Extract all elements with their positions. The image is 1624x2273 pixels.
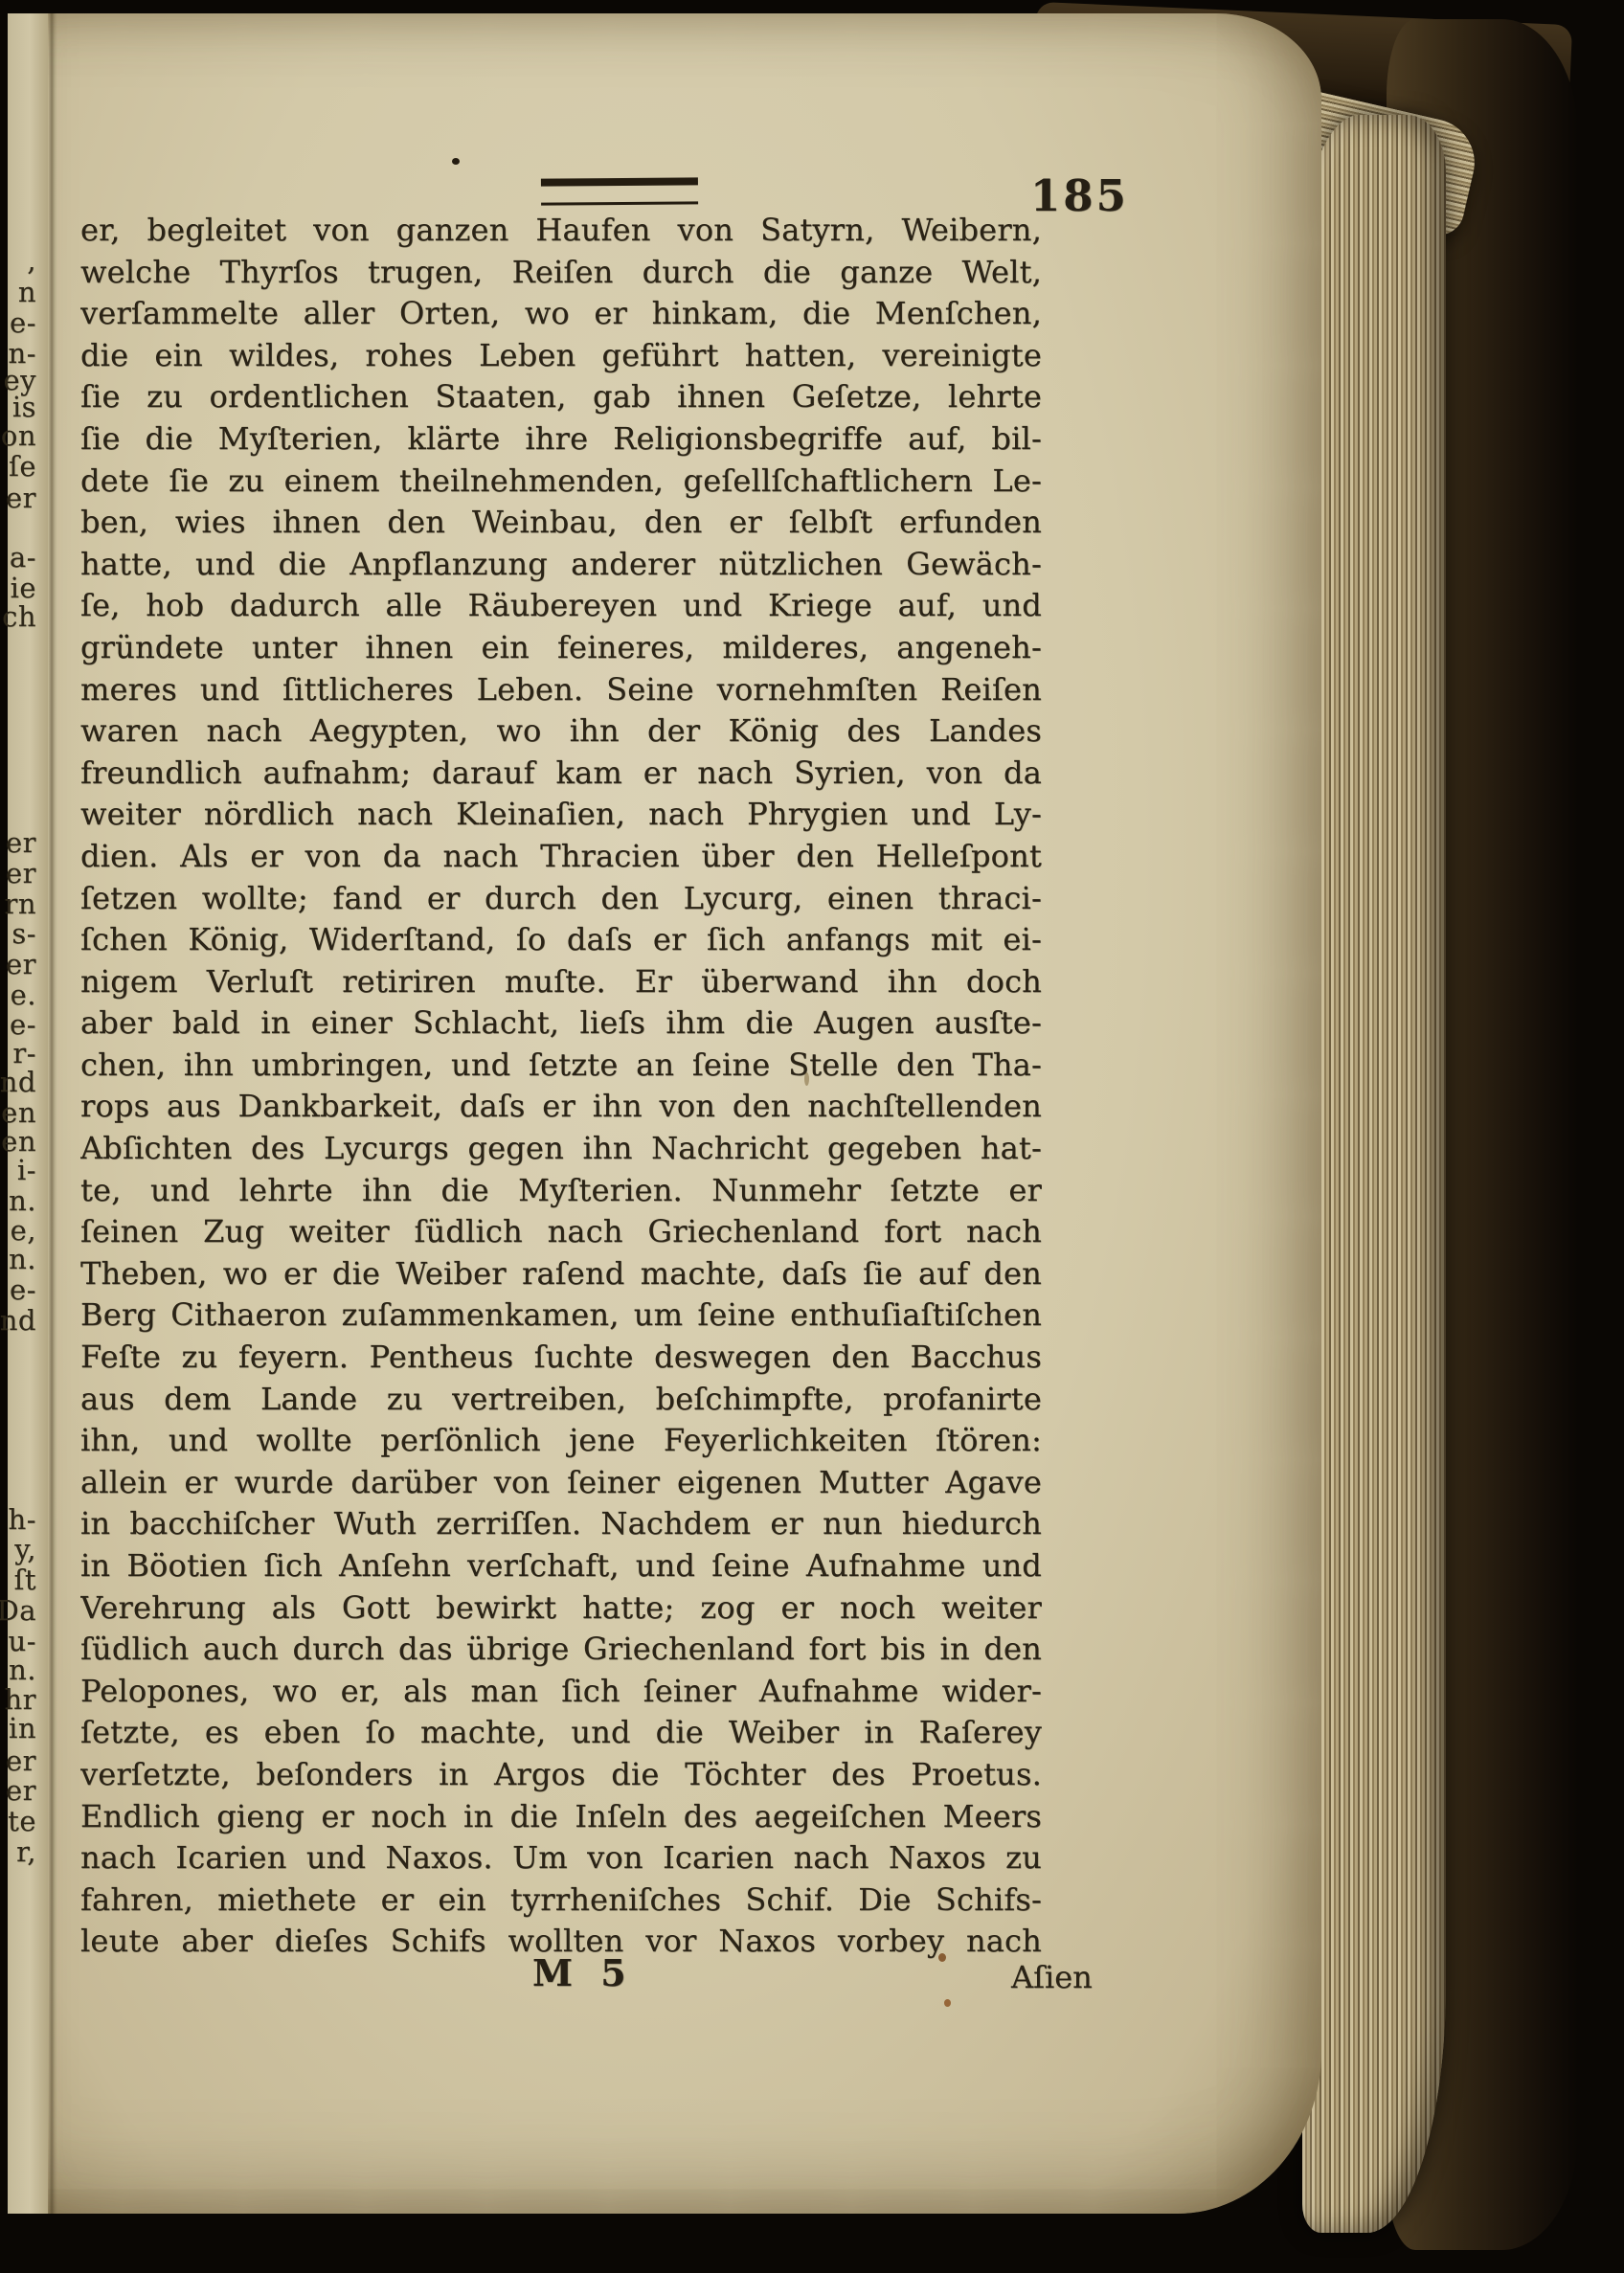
facing-page-text-fragment: a- xyxy=(10,541,36,574)
facing-page-text-fragment: hr xyxy=(4,1683,36,1716)
facing-page-text-fragment: n xyxy=(18,276,36,308)
text-line: ſetzte, es eben ſo machte, und die Weibe… xyxy=(80,1712,1042,1754)
facing-page-text-fragment: h- xyxy=(9,1503,36,1536)
text-line: rops aus Dankbarkeit, daſs er ihn von de… xyxy=(80,1086,1042,1128)
text-line: nach Icarien und Naxos. Um von Icarien n… xyxy=(80,1837,1042,1879)
facing-page-text-fragment: e, xyxy=(11,1214,36,1247)
text-line: Pelopones, wo er, als man ſich ſeiner Au… xyxy=(80,1671,1042,1713)
text-line: welche Thyrſos trugen, Reiſen durch die … xyxy=(80,252,1042,294)
facing-page-text-fragment: nd xyxy=(0,1066,36,1098)
facing-page-text-fragment: te xyxy=(8,1805,36,1837)
facing-page-text-fragment: i- xyxy=(17,1154,36,1186)
signature-mark: M 5 xyxy=(532,1951,634,1994)
text-line: dete ſie zu einem theilnehmenden, geſell… xyxy=(80,461,1042,503)
facing-page-text-fragments: ,ne-n-eyisonſeera-iechererrns-ere.e-r-nd… xyxy=(0,0,42,2273)
text-line: Abſichten des Lycurgs gegen ihn Nachrich… xyxy=(80,1128,1042,1170)
facing-page-text-fragment: rn xyxy=(4,888,36,920)
text-line: Endlich gieng er noch in die Inſeln des … xyxy=(80,1796,1042,1838)
text-line: gründete unter ihnen ein feineres, milde… xyxy=(80,627,1042,669)
facing-page-text-fragment: ſe xyxy=(9,450,36,483)
facing-page-text-fragment: er xyxy=(6,948,36,980)
text-line: te, und lehrte ihn die Myſterien. Nunmeh… xyxy=(80,1170,1042,1212)
facing-page-text-fragment: r, xyxy=(16,1835,36,1868)
facing-page-text-fragment: er xyxy=(6,826,36,859)
facing-page-text-fragment: n. xyxy=(9,1654,36,1686)
facing-page-text-fragment: er xyxy=(6,1774,36,1807)
facing-page-text-fragment: e- xyxy=(10,306,36,339)
text-line: ſetzen wollte; fand er durch den Lycurg,… xyxy=(80,878,1042,920)
facing-page-text-fragment: er xyxy=(6,482,36,514)
text-line: aus dem Lande zu vertreiben, beſchimpfte… xyxy=(80,1379,1042,1421)
text-line: Feſte zu feyern. Pentheus ſuchte deswege… xyxy=(80,1337,1042,1379)
facing-page-text-fragment: n. xyxy=(9,1184,36,1217)
page-stack-fore-edge xyxy=(1302,115,1446,2233)
facing-page-text-fragment: ie xyxy=(11,572,36,604)
text-line: ſe, hob dadurch alle Räubereyen und Krie… xyxy=(80,585,1042,627)
facing-page-text-fragment: e- xyxy=(10,1273,36,1306)
facing-page-text-fragment: is xyxy=(12,391,36,423)
header-double-rule xyxy=(541,177,698,205)
text-line: ſie die Myſterien, klärte ihre Religions… xyxy=(80,418,1042,461)
facing-page-text-fragment: er xyxy=(6,1744,36,1777)
rust-stain xyxy=(944,1999,951,2007)
facing-page-text-fragment: en xyxy=(1,1125,36,1158)
ink-speck xyxy=(452,158,460,165)
facing-page-text-fragment: e. xyxy=(11,979,36,1011)
facing-page-text-fragment: on xyxy=(1,419,36,452)
text-line: weiter nördlich nach Kleinaſien, nach Ph… xyxy=(80,794,1042,836)
text-line: nigem Verluſt retiriren muſte. Er überwa… xyxy=(80,961,1042,1003)
text-line: waren nach Aegypten, wo ihn der König de… xyxy=(80,710,1042,753)
facing-page-text-fragment: in xyxy=(9,1712,36,1744)
text-line: dien. Als er von da nach Thracien über d… xyxy=(80,836,1042,878)
facing-page-text-fragment: , xyxy=(27,244,36,277)
text-line: chen, ihn umbringen, und ſetzte an ſeine… xyxy=(80,1045,1042,1087)
text-line: ſüdlich auch durch das übrige Griechenla… xyxy=(80,1629,1042,1671)
facing-page-text-fragment: y, xyxy=(14,1533,36,1565)
text-line: verſammelte aller Orten, wo er hinkam, d… xyxy=(80,293,1042,335)
text-line: ſie zu ordentlichen Staaten, gab ihnen G… xyxy=(80,376,1042,418)
text-line: Theben, wo er die Weiber raſend machte, … xyxy=(80,1253,1042,1295)
text-line: fahren, miethete er ein tyrrheniſches Sc… xyxy=(80,1879,1042,1922)
text-line: ben, wies ihnen den Weinbau, den er ſelb… xyxy=(80,502,1042,544)
facing-page-text-fragment: ch xyxy=(2,600,36,633)
text-line: er, begleitet von ganzen Haufen von Saty… xyxy=(80,210,1042,252)
facing-page-text-fragment: er xyxy=(6,857,36,889)
text-line: ihn, und wollte perſönlich jene Feyerlic… xyxy=(80,1420,1042,1462)
facing-page-text-fragment: e- xyxy=(10,1008,36,1041)
text-line: in Böotien ſich Anſehn verſchaft, und ſe… xyxy=(80,1545,1042,1587)
text-line: in bacchiſcher Wuth zerriſſen. Nachdem e… xyxy=(80,1503,1042,1545)
facing-page-text-fragment: Da xyxy=(0,1594,36,1627)
text-line: die ein wildes, rohes Leben geführt hatt… xyxy=(80,335,1042,377)
body-text: er, begleitet von ganzen Haufen von Saty… xyxy=(80,210,1042,1963)
facing-page-text-fragment: u- xyxy=(9,1625,36,1657)
text-line: aber bald in einer Schlacht, lieſs ihm d… xyxy=(80,1002,1042,1045)
facing-page-text-fragment: s- xyxy=(11,917,36,950)
text-line: hatte, und die Anpflanzung anderer nützl… xyxy=(80,544,1042,586)
page-number: 185 xyxy=(1030,170,1129,221)
facing-page-text-fragment: r- xyxy=(12,1037,36,1069)
text-line: meres und ſittlicheres Leben. Seine vorn… xyxy=(80,669,1042,711)
text-line: ſchen König, Widerſtand, ſo daſs er ſich… xyxy=(80,919,1042,961)
facing-page-text-fragment: nd xyxy=(0,1304,36,1337)
text-line: verſetzte, beſonders in Argos die Töchte… xyxy=(80,1754,1042,1796)
paper-fiber-mark xyxy=(804,1072,809,1086)
rust-stain xyxy=(938,1953,946,1962)
facing-page-text-fragment: en xyxy=(1,1096,36,1129)
text-line: allein er wurde darüber von ſeiner eigen… xyxy=(80,1462,1042,1504)
catchword: Aſien xyxy=(1011,1959,1093,1995)
text-line: Berg Cithaeron zuſammenkamen, um ſeine e… xyxy=(80,1294,1042,1337)
text-line: Verehrung als Gott bewirkt hatte; zog er… xyxy=(80,1587,1042,1630)
text-line: freundlich aufnahm; darauf kam er nach S… xyxy=(80,753,1042,795)
facing-page-text-fragment: n. xyxy=(9,1243,36,1275)
text-line: ſeinen Zug weiter ſüdlich nach Griechenl… xyxy=(80,1211,1042,1253)
gutter-fold-shadow xyxy=(48,13,57,2214)
facing-page-text-fragment: ſt xyxy=(14,1564,36,1596)
